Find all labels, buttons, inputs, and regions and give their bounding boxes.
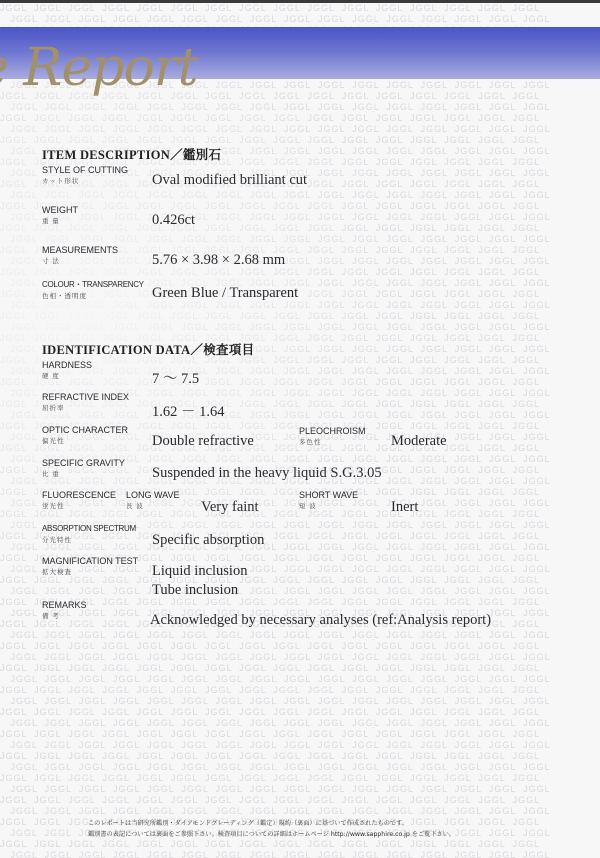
- magnification-test-value-1: Liquid inclusion: [152, 563, 247, 580]
- fluorescence-label: FLUORESCENCE蛍光性: [42, 490, 116, 512]
- item-description-heading: ITEM DESCRIPTION／鑑別石: [42, 145, 221, 163]
- footer-line-1: このレポートは当研究所鑑別・ダイアモンドグレーディング（鑑定）規約（裏面）に基づ…: [88, 818, 455, 829]
- identification-data-heading: IDENTIFICATION DATA／検査項目: [42, 340, 254, 358]
- weight-label: WEIGHT重 量: [42, 205, 78, 227]
- magnification-test-label: MAGNIFICATION TEST拡大検査: [42, 556, 138, 578]
- short-wave-label: SHORT WAVE短 波: [299, 490, 358, 512]
- hardness-value: 7 ～ 7.5: [152, 367, 199, 388]
- absorption-spectrum-label: ABSORPTION SPECTRUM分光特性: [42, 524, 136, 546]
- refractive-index-value: 1.62 － 1.64: [152, 400, 225, 421]
- optic-character-label: OPTIC CHARACTER偏光性: [42, 425, 128, 447]
- style-of-cutting-value: Oval modified brilliant cut: [152, 172, 307, 189]
- measurements-label: MEASUREMENTS寸 法: [42, 245, 118, 267]
- footer-notice: このレポートは当研究所鑑別・ダイアモンドグレーディング（鑑定）規約（裏面）に基づ…: [88, 818, 455, 840]
- pleochroism-value: Moderate: [391, 433, 447, 450]
- pleochroism-label: PLEOCHROISM多色性: [299, 426, 366, 448]
- measurements-value: 5.76 × 3.98 × 2.68 mm: [152, 252, 285, 269]
- specific-gravity-value: Suspended in the heavy liquid S.G.3.05: [152, 465, 382, 482]
- refractive-index-label: REFRACTIVE INDEX屈折率: [42, 392, 129, 414]
- long-wave-label: LONG WAVE長 波: [126, 490, 180, 512]
- specific-gravity-label: SPECIFIC GRAVITY比 重: [42, 458, 125, 480]
- optic-character-value: Double refractive: [152, 433, 254, 450]
- remarks-value: Acknowledged by necessary analyses (ref:…: [150, 612, 491, 629]
- weight-value: 0.426ct: [152, 212, 195, 229]
- absorption-spectrum-value: Specific absorption: [152, 532, 264, 549]
- hardness-label: HARDNESS硬 度: [42, 360, 92, 382]
- long-wave-value: Very faint: [201, 499, 259, 516]
- remarks-label: REMARKS備 考: [42, 600, 87, 622]
- magnification-test-value-2: Tube inclusion: [152, 582, 238, 599]
- report-script-title: e Report: [0, 38, 198, 98]
- colour-transparency-value: Green Blue / Transparent: [152, 285, 298, 302]
- style-of-cutting-label: STYLE OF CUTTINGカット形状: [42, 165, 128, 187]
- short-wave-value: Inert: [391, 499, 418, 516]
- footer-line-2: 鑑別書の表記については裏面をご参照下さい。検査項目についての詳細はホームページ …: [88, 829, 455, 840]
- colour-transparency-label: COLOUR・TRANSPARENCY色相・透明度: [42, 280, 144, 302]
